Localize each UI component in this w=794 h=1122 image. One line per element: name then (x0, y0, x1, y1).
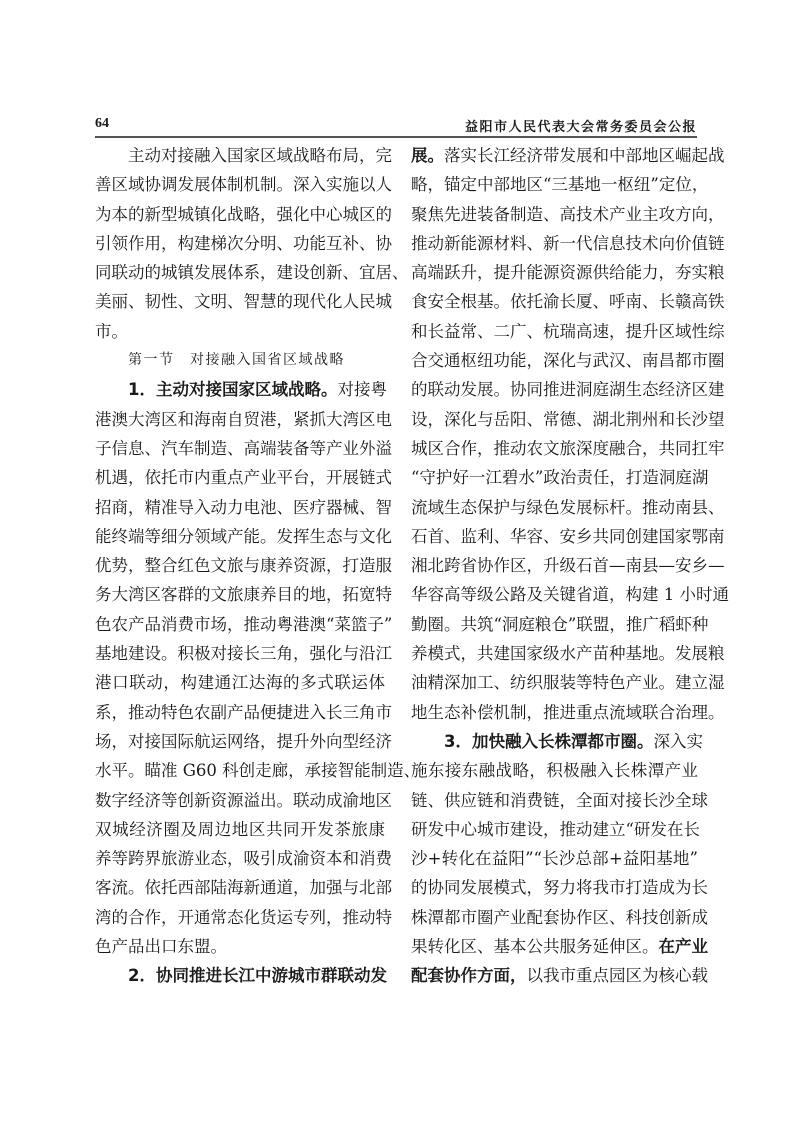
paragraph-text: 落实长江经济带发展和中部地区崛起战 (444, 146, 725, 165)
left-column: 主动对接融入国家区域战略布局，完 善区域协调发展体制机制。深入实施以人 为本的新… (95, 141, 385, 991)
paragraph-line: 略，锚定中部地区“三基地一枢纽”定位， (411, 170, 698, 199)
paragraph-line: 养等跨界旅游业态，吸引成渝资本和消费 (95, 844, 385, 873)
paragraph-line: 湘北跨省协作区，升级石首—南县—安乡— (411, 551, 698, 580)
paragraph-line: 株潭都市圈产业配套协作区、科技创新成 (411, 903, 698, 932)
paragraph-line: 同联动的城镇发展体系，建设创新、宜居、 (95, 258, 385, 287)
paragraph-line: 优势，整合红色文旅与康养资源，打造服 (95, 551, 385, 580)
paragraph-line: 美丽、韧性、文明、智慧的现代化人民城 (95, 287, 385, 316)
paragraph-line: 招商，精准导入动力电池、医疗器械、智 (95, 493, 385, 522)
paragraph-line: 流域生态保护与绿色发展标杆。推动南县、 (411, 493, 698, 522)
item-heading-line: 3．加快融入长株潭都市圈。深入实 (411, 727, 698, 756)
page-number: 64 (95, 116, 109, 132)
paragraph-line: 链、供应链和消费链，全面对接长沙全球 (411, 786, 698, 815)
paragraph-text: 以我市重点园区为核心载 (527, 966, 709, 985)
paragraph-line: 勤圈。共筑“洞庭粮仓”联盟，推广稻虾种 (411, 610, 698, 639)
paragraph-line: 高端跃升，提升能源资源供给能力，夯实粮 (411, 258, 698, 287)
paragraph-line: 养模式，共建国家级水产苗种基地。发展粮 (411, 639, 698, 668)
paragraph-line: 系，推动特色农副产品便捷进入长三角市 (95, 698, 385, 727)
item-heading-line: 1．主动对接国家区域战略。对接粤 (95, 375, 385, 404)
paragraph-line: 设，深化与岳阳、常德、湖北荆州和长沙望 (411, 405, 698, 434)
paragraph-line: 机遇，依托市内重点产业平台，开展链式 (95, 463, 385, 492)
section-title: 第一节 对接融入国省区域战略 (95, 346, 385, 375)
paragraph-text: 深入实 (653, 732, 703, 751)
paragraph-line: 地生态补偿机制，推进重点流域联合治理。 (411, 698, 698, 727)
paragraph-line: 湾的合作，开通常态化货运专列，推动特 (95, 903, 385, 932)
paragraph-line: 推动新能源材料、新一代信息技术向价值链 (411, 229, 698, 258)
paragraph-line: 色农产品消费市场，推动粤港澳“菜篮子” (95, 610, 385, 639)
paragraph-text: 果转化区、基本公共服务延伸区。 (411, 937, 659, 956)
paragraph-line: 水平。瞄准 G60 科创走廊，承接智能制造、 (95, 756, 385, 785)
paragraph-line: “守护好一江碧水”政治责任，打造洞庭湖 (411, 463, 698, 492)
paragraph-line: 果转化区、基本公共服务延伸区。在产业 (411, 932, 698, 961)
page-header: 64 益阳市人民代表大会常务委员会公报 (95, 114, 697, 138)
emphasis-text: 在产业 (659, 937, 709, 956)
paragraph-line: 子信息、汽车制造、高端装备等产业外溢 (95, 434, 385, 463)
paragraph-text: 对接粤 (337, 380, 387, 399)
paragraph-line: 城区合作，推动农文旅深度融合，共同扛牢 (411, 434, 698, 463)
paragraph-line: 聚焦先进装备制造、高技术产业主攻方向， (411, 200, 698, 229)
item-heading: 1．主动对接国家区域战略。 (128, 380, 337, 399)
paragraph-line: 能终端等细分领域产能。发挥生态与文化 (95, 522, 385, 551)
paragraph-line: 油精深加工、纺织服装等特色产业。建立湿 (411, 668, 698, 697)
paragraph-line: 为本的新型城镇化战略，强化中心城区的 (95, 200, 385, 229)
paragraph-line: 食安全根基。依托渝长厦、呼南、长赣高铁 (411, 287, 698, 316)
paragraph-line: 双城经济圈及周边地区共同开发茶旅康 (95, 815, 385, 844)
paragraph-line: 的联动发展。协同推进洞庭湖生态经济区建 (411, 375, 698, 404)
paragraph-line: 基地建设。积极对接长三角，强化与沿江 (95, 639, 385, 668)
right-column: 展。落实长江经济带发展和中部地区崛起战 略，锚定中部地区“三基地一枢纽”定位， … (411, 141, 698, 991)
paragraph-line: 引领作用，构建梯次分明、功能互补、协 (95, 229, 385, 258)
item-heading-line: 展。落实长江经济带发展和中部地区崛起战 (411, 141, 698, 170)
item-heading: 2．协同推进长江中游城市群联动发 (95, 961, 385, 990)
paragraph-line: 色产品出口东盟。 (95, 932, 385, 961)
paragraph-line: 港澳大湾区和海南自贸港，紧抓大湾区电 (95, 405, 385, 434)
journal-title: 益阳市人民代表大会常务委员会公报 (465, 116, 697, 135)
paragraph-line: 和长益常、二广、杭瑞高速，提升区域性综 (411, 317, 698, 346)
item-heading: 展。 (411, 146, 444, 165)
paragraph-line: 数字经济等创新资源溢出。联动成渝地区 (95, 786, 385, 815)
item-heading: 3．加快融入长株潭都市圈。 (444, 732, 653, 751)
paragraph-line: 的协同发展模式，努力将我市打造成为长 (411, 873, 698, 902)
paragraph-line: 施东接东融战略，积极融入长株潭产业 (411, 756, 698, 785)
paragraph-line: 主动对接融入国家区域战略布局，完 (95, 141, 385, 170)
paragraph-line: 石首、监利、华容、安乡共同创建国家鄂南 (411, 522, 698, 551)
paragraph-line: 配套协作方面，以我市重点园区为核心载 (411, 961, 698, 990)
paragraph-line: 合交通枢纽功能，深化与武汉、南昌都市圈 (411, 346, 698, 375)
emphasis-text: 配套协作方面， (411, 966, 527, 985)
paragraph-line: 务大湾区客群的文旅康养目的地，拓宽特 (95, 580, 385, 609)
paragraph-line: 客流。依托西部陆海新通道，加强与北部 (95, 873, 385, 902)
paragraph-line: 沙+转化在益阳”“长沙总部+益阳基地” (411, 844, 698, 873)
paragraph-line: 场，对接国际航运网络，提升外向型经济 (95, 727, 385, 756)
paragraph-line: 港口联动，构建通江达海的多式联运体 (95, 668, 385, 697)
paragraph-line: 市。 (95, 317, 385, 346)
paragraph-line: 华容高等级公路及关键省道，构建 1 小时通 (411, 580, 698, 609)
paragraph-line: 研发中心城市建设，推动建立“研发在长 (411, 815, 698, 844)
paragraph-line: 善区域协调发展体制机制。深入实施以人 (95, 170, 385, 199)
